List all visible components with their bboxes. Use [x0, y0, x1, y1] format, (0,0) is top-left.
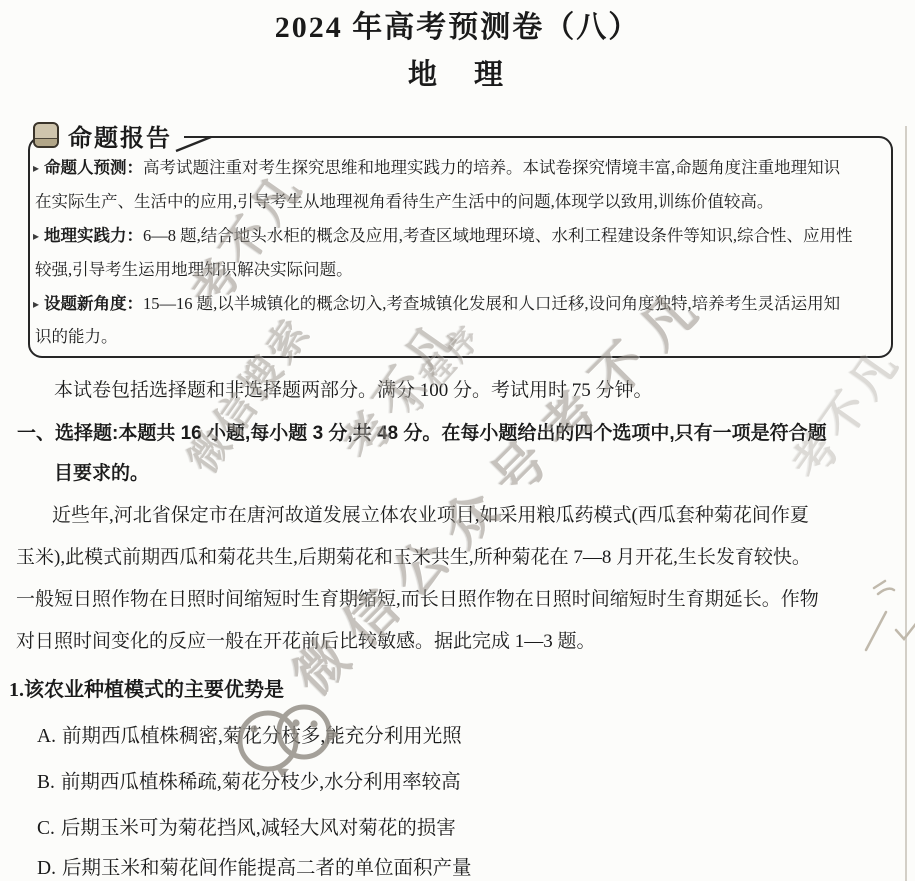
report-item-3-line-1: ▸设题新角度：15—16 题,以半城镇化的概念切入,考查城镇化发展和人口迁移,设…: [33, 293, 840, 315]
report-item-3-text: 15—16 题,以半城镇化的概念切入,考查城镇化发展和人口迁移,设问角度独特,培…: [143, 294, 840, 313]
option-c: C.后期玉米可为菊花挡风,减轻大风对菊花的损害: [37, 816, 456, 842]
report-item-3-label: 设题新角度：: [44, 295, 143, 313]
report-item-1-text: 高考试题注重对考生探究思维和地理实践力的培养。本试卷探究情境丰富,命题角度注重地…: [143, 158, 840, 177]
two-chat-faces-logo-icon: [230, 698, 342, 778]
bullet-triangle-icon: ▸: [33, 161, 39, 175]
option-d-label: D.: [37, 858, 56, 879]
option-c-text: 后期玉米可为菊花挡风,减轻大风对菊花的损害: [61, 818, 456, 839]
passage-line-4: 对日照时间变化的反应一般在开花前后比较敏感。据此完成 1—3 题。: [16, 629, 596, 655]
bullet-triangle-icon: ▸: [33, 297, 39, 311]
section-one-instructions-line-1: 一、选择题:本题共 16 小题,每小题 3 分,共 48 分。在每小题给出的四个…: [17, 421, 827, 447]
report-item-1-line-1: ▸命题人预测：高考试题注重对考生探究思维和地理实践力的培养。本试卷探究情境丰富,…: [33, 157, 840, 179]
passage-line-3: 一般短日照作物在日照时间缩短时生育期缩短,而长日照作物在日照时间缩短时生育期延长…: [16, 587, 819, 613]
report-header: 命题报告: [33, 115, 184, 155]
report-item-2-line-2: 较强,引导考生运用地理知识解决实际问题。: [35, 259, 353, 281]
subject-title: 地 理: [0, 56, 915, 95]
scan-page-edge-line: [905, 126, 907, 881]
notebook-icon: [33, 122, 59, 148]
report-item-2-line-1: ▸地理实践力：6—8 题,结合地头水柜的概念及应用,考查区域地理环境、水利工程建…: [33, 225, 853, 247]
report-title: 命题报告: [68, 118, 172, 153]
option-d-text: 后期玉米和菊花间作能提高二者的单位面积产量: [62, 858, 472, 879]
section-one-instructions-line-2: 目要求的。: [54, 461, 149, 487]
option-b-label: B.: [37, 772, 55, 793]
report-item-1-label: 命题人预测：: [44, 159, 143, 177]
option-c-label: C.: [37, 818, 55, 839]
header-slant-line: [174, 132, 214, 154]
option-a-label: A.: [37, 726, 56, 747]
report-item-3-line-2: 识的能力。: [35, 326, 118, 348]
exam-title: 2024 年高考预测卷（八）: [0, 8, 915, 49]
passage-line-1: 近些年,河北省保定市在唐河故道发展立体农业项目,如采用粮瓜药模式(西瓜套种菊花间…: [52, 503, 809, 529]
bullet-triangle-icon: ▸: [33, 229, 39, 243]
pen-scribble-marks: [838, 550, 915, 665]
option-d: D.后期玉米和菊花间作能提高二者的单位面积产量: [37, 856, 471, 881]
exam-paper-page: 2024 年高考预测卷（八） 地 理 命题报告 ▸命题人预测：高考试题注重对考生…: [0, 0, 915, 881]
paper-structure-note: 本试卷包括选择题和非选择题两部分。满分 100 分。考试用时 75 分钟。: [54, 378, 653, 404]
passage-line-2: 玉米),此模式前期西瓜和菊花共生,后期菊花和玉米共生,所种菊花在 7—8 月开花…: [16, 545, 811, 571]
report-item-2-text: 6—8 题,结合地头水柜的概念及应用,考查区域地理环境、水利工程建设条件等知识,…: [143, 226, 853, 245]
question-1-number: 1.: [9, 679, 24, 701]
notebook-icon-strip: [35, 138, 57, 146]
report-item-1-line-2: 在实际生产、生活中的应用,引导考生从地理视角看待生产生活中的问题,体现学以致用,…: [35, 191, 773, 213]
report-item-2-label: 地理实践力：: [44, 227, 143, 245]
